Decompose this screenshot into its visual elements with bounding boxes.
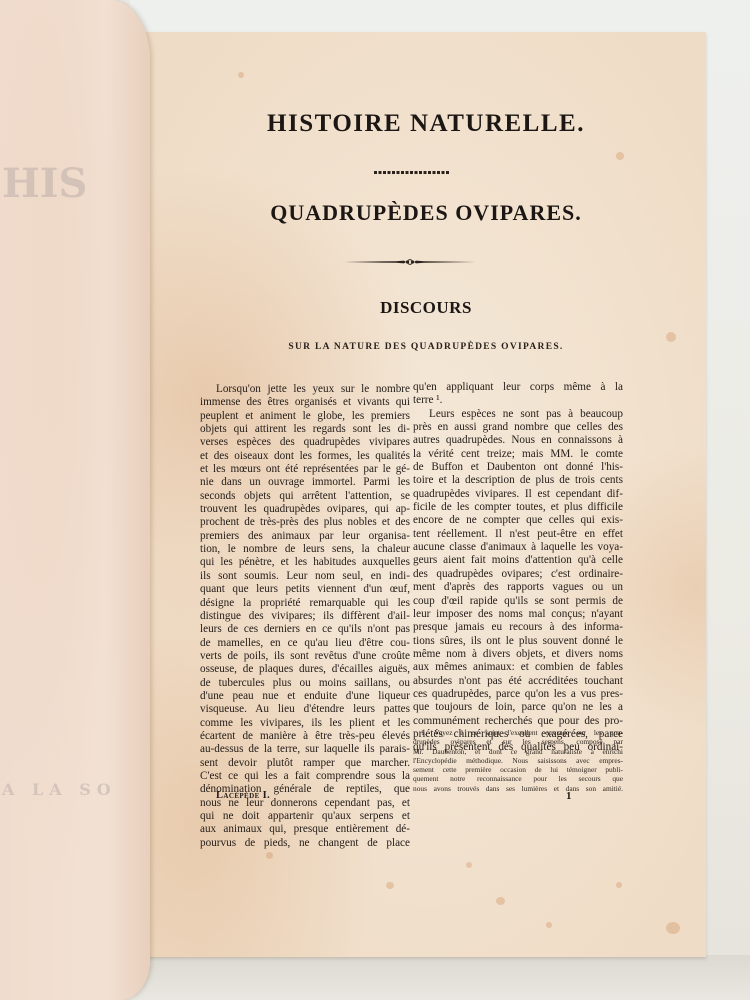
text-line: immense des êtres organisés et vivants q… — [200, 396, 410, 409]
text-line: terre ¹. — [413, 394, 623, 407]
text-line: ces quadrupèdes, parce qu'on les a vus p… — [413, 688, 623, 701]
text-line: ment d'après des rapports vagues ou un — [413, 581, 623, 594]
footnote-line: nous avons trouvés dans ses lumières et … — [413, 784, 623, 793]
text-line: de mamelles, en ce qu'au lieu d'être cou… — [200, 637, 410, 650]
text-line: comme les vivipares, ils les plient et l… — [200, 717, 410, 730]
text-line: que toujours de loin, parce qu'on ne les… — [413, 701, 623, 714]
text-line: ils sont soumis. Leur nom seul, en indi- — [200, 570, 410, 583]
text-line: trouvent les quadrupèdes ovipares, qui a… — [200, 503, 410, 516]
text-line: verses espèces des quadrupèdes vivipares — [200, 436, 410, 449]
text-line: toire et la description de plus de trois… — [413, 474, 623, 487]
footnote-line: sement cette première occasion de lui té… — [413, 765, 623, 774]
text-line: quant que leurs petits viennent d'un œuf… — [200, 583, 410, 596]
text-line: nie dans un ouvrage immortel. Parmi les — [200, 476, 410, 489]
footnote-line: l'Encyclopédie méthodique. Nous saisisso… — [413, 756, 623, 765]
text-line: leurs de ces derniers en ce qu'ils n'ont… — [200, 623, 410, 636]
page-number: 1 — [566, 790, 572, 802]
text-line: qui les pénètre, et les habitudes auxque… — [200, 556, 410, 569]
text-line: tion, le nombre de leurs sens, la chaleu… — [200, 543, 410, 556]
text-line: peuplent et animent le globe, les premie… — [200, 410, 410, 423]
text-line: prochent de très-près des plus nobles et… — [200, 516, 410, 529]
text-line: près en aussi grand nombre que celles de… — [413, 421, 623, 434]
text-line: pourvus de pieds, ne changent de place — [200, 837, 410, 850]
text-line: C'est ce qui les a fait comprendre sous … — [200, 770, 410, 783]
right-text-column: qu'en appliquant leur corps même à la te… — [413, 381, 623, 755]
flourish-rule-ornament — [344, 258, 476, 266]
footnote: 1. Voyez à ce sujet l'excellent ouvrage … — [413, 728, 623, 793]
foxing-spot — [666, 332, 676, 342]
foxing-spot — [616, 882, 622, 888]
footnote-line: drupèdes ovipares et sur les serpens, co… — [413, 737, 623, 746]
text-line: visqueuse. Au lieu d'étendre leurs patte… — [200, 703, 410, 716]
section-title: QUADRUPÈDES OVIPARES. — [146, 200, 706, 226]
text-line: au-dessus de la terre, sur laquelle ils … — [200, 743, 410, 756]
bleed-through-text: A LA SO — [2, 780, 117, 799]
chapter-heading: DISCOURS — [146, 298, 706, 318]
text-line: communément recherchés que pour des pro- — [413, 715, 623, 728]
foxing-spot — [466, 862, 472, 868]
text-line: et les mœurs ont été représentées par le… — [200, 463, 410, 476]
foxing-spot — [386, 882, 394, 889]
foxing-spot — [666, 922, 680, 934]
text-line: presque jamais eu recours à des informa- — [413, 621, 623, 634]
text-line: absurdes n'ont pas été accréditées touch… — [413, 675, 623, 688]
text-line: verts de poils, ils sont revêtus d'une c… — [200, 650, 410, 663]
text-line: de tubercules plus ou moins saillans, ou — [200, 677, 410, 690]
text-line: tent réellement. Il n'est peut-être en e… — [413, 528, 623, 541]
text-line: qui ne doit appartenir qu'aux serpens et — [200, 810, 410, 823]
footnote-line: 1. Voyez à ce sujet l'excellent ouvrage … — [413, 728, 623, 737]
text-line: désigne la propriété remarquable qui les — [200, 597, 410, 610]
foxing-spot — [238, 72, 244, 78]
bleed-through-text: HIS — [2, 160, 87, 207]
text-line: et des oiseaux dont les formes, les qual… — [200, 450, 410, 463]
foxing-spot — [266, 852, 273, 859]
text-line: aux animaux qui, presque entièrement dé- — [200, 823, 410, 836]
text-line: tions sûres, ils ont le plus souvent don… — [413, 635, 623, 648]
text-line: seconds objets qui arrêtent l'attention,… — [200, 490, 410, 503]
signature-mark: Lacépède I. — [216, 790, 270, 801]
chapter-subheading: SUR LA NATURE DES QUADRUPÈDES OVIPARES. — [146, 342, 706, 352]
text-line: quadrupèdes vivipares. Il est cependant … — [413, 488, 623, 501]
previous-page-verso[interactable]: HIS A LA SO — [0, 0, 150, 1000]
book-page: HISTOIRE NATURELLE. QUADRUPÈDES OVIPARES… — [146, 32, 706, 957]
text-line: de Buffon et Daubenton ont donné l'his- — [413, 461, 623, 474]
text-line: leur imposer des noms mal conçus; n'ayan… — [413, 608, 623, 621]
text-line: premiers des animaux par leur organisa- — [200, 530, 410, 543]
book-title: HISTOIRE NATURELLE. — [146, 110, 706, 138]
text-line: objets qui attirent les regards sont les… — [200, 423, 410, 436]
text-line: geurs aient fait moins d'attention qu'à … — [413, 554, 623, 567]
text-line: aux mêmes animaux: et combien de fables — [413, 661, 623, 674]
text-line: aucune classe d'animaux à laquelle les v… — [413, 541, 623, 554]
text-line: encore de ne compter que celles qui exis… — [413, 514, 623, 527]
text-line: autres quadrupèdes. Nous en connaissons … — [413, 434, 623, 447]
foxing-spot — [616, 152, 624, 160]
text-line: écartent de manière à être très-peu élev… — [200, 730, 410, 743]
text-line: qu'en appliquant leur corps même à la — [413, 381, 623, 394]
text-line: sent devoir plutôt ramper que marcher. — [200, 757, 410, 770]
left-text-column: Lorsqu'on jette les yeux sur le nombre i… — [200, 383, 410, 850]
background-right — [700, 0, 750, 1000]
text-line: la vérité cent treize; mais MM. le comte — [413, 448, 623, 461]
footnote-line: quement notre reconnaissance pour les se… — [413, 774, 623, 783]
foxing-spot — [496, 897, 505, 905]
footnote-line: Mr. Daubenton, et dont ce grand naturali… — [413, 747, 623, 756]
text-line: osseuse, de plaques dures, d'écailles ai… — [200, 663, 410, 676]
text-line: même nom à divers objets, et divers noms — [413, 648, 623, 661]
text-line: distingue des vivipares; ils diffèrent d… — [200, 610, 410, 623]
text-line: ficile de les compter toutes, et plus di… — [413, 501, 623, 514]
beaded-rule-ornament — [374, 171, 450, 174]
text-line: Leurs espèces ne sont pas à beaucoup — [413, 408, 623, 421]
foxing-spot — [546, 922, 552, 928]
text-line: des quadrupèdes ovipares; c'est ordinair… — [413, 568, 623, 581]
text-line: Lorsqu'on jette les yeux sur le nombre — [200, 383, 410, 396]
text-line: d'une peau nue et enduite d'une liqueur — [200, 690, 410, 703]
text-line: coup d'œil rapide qu'ils se sont permis … — [413, 595, 623, 608]
